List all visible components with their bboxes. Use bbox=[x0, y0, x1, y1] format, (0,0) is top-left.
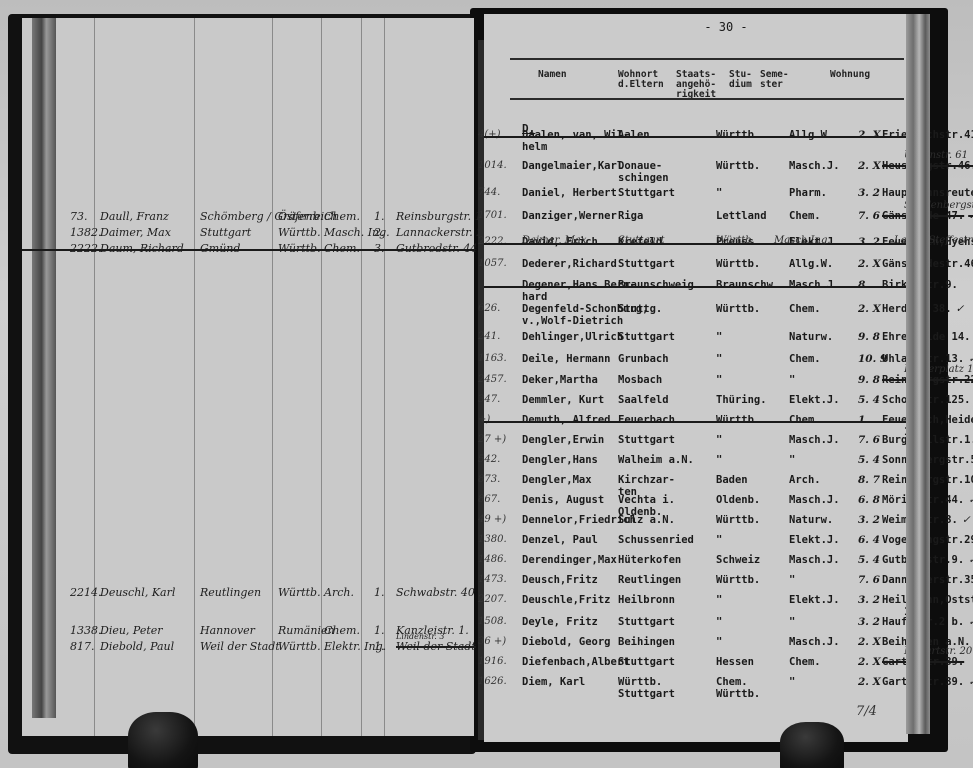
entry-number: 4(+) bbox=[478, 129, 501, 140]
table-row: 1014.Dangelmaier,KarlDonaue-Württb.Masch… bbox=[484, 160, 908, 176]
parents-residence: Grunbach bbox=[618, 353, 669, 365]
entry-number: 347. bbox=[478, 394, 500, 405]
parents-residence: Gmünd bbox=[200, 242, 240, 255]
citizenship: Württb. bbox=[716, 160, 760, 172]
field-of-study: Masch.J. bbox=[789, 160, 840, 172]
entry-number: 542. bbox=[478, 454, 500, 465]
field-of-study: Chem. bbox=[324, 624, 360, 637]
citizenship: Württb. bbox=[716, 414, 760, 426]
parents-residence-cont: schingen bbox=[618, 172, 669, 184]
field-of-study: Naturw. bbox=[789, 514, 833, 526]
field-of-study: Masch.J. bbox=[789, 636, 840, 648]
field-of-study: Arch. bbox=[324, 586, 354, 599]
student-name: Deusch,Fritz bbox=[522, 574, 598, 586]
semester: 6. 8 bbox=[858, 494, 880, 506]
entry-number: 1508. bbox=[478, 616, 507, 627]
parents-residence: Weil der Stadt bbox=[200, 640, 280, 653]
student-name: Dengler,Erwin bbox=[522, 434, 604, 446]
entry-number: 626. bbox=[478, 303, 500, 314]
student-name: Deker,Martha bbox=[522, 374, 598, 386]
citizenship: Württb. bbox=[278, 586, 321, 599]
semester: 5. 4 bbox=[858, 394, 880, 406]
entry-number: 1057. bbox=[478, 258, 507, 269]
parents-residence: Feuerbach bbox=[618, 414, 675, 426]
field-of-study: Chem. bbox=[789, 656, 821, 668]
student-name: Deuschl, Karl bbox=[100, 586, 175, 599]
citizenship: Württb. bbox=[716, 574, 760, 586]
citizenship: Chem. bbox=[716, 676, 748, 688]
student-name: Dengler,Max bbox=[522, 474, 592, 486]
entry-number: 744. bbox=[478, 187, 500, 198]
table-row: 867.Denis, AugustVechta i.Oldenb.Masch.J… bbox=[484, 494, 908, 510]
semester: 9. 8 bbox=[858, 374, 880, 386]
entry-number: 49 +) bbox=[478, 514, 506, 525]
semester: 2. X bbox=[858, 258, 881, 270]
student-name: Dehlinger,Ulrich bbox=[522, 331, 623, 343]
semester: 1. bbox=[374, 586, 385, 599]
entry-number: 1014. bbox=[478, 160, 507, 171]
semester: 1. bbox=[374, 624, 385, 637]
field-of-study: Elekt.J. bbox=[789, 534, 840, 546]
entry-number: 1626. bbox=[478, 676, 507, 687]
ledger-row: 2214.Deuschl, KarlReutlingenWürttb.Arch.… bbox=[22, 586, 474, 600]
entry-number: 1701. bbox=[478, 210, 507, 221]
entry-number: 2222. bbox=[70, 242, 102, 255]
field-of-study: " bbox=[789, 676, 795, 688]
entry-number: 1916. bbox=[478, 656, 507, 667]
semester: 3. 2 bbox=[858, 187, 880, 199]
field-of-study: " bbox=[789, 374, 795, 386]
citizenship: Württb. bbox=[716, 514, 760, 526]
table-row: 1163.Deile, HermannGrunbach"Chem.10. 9Uh… bbox=[484, 353, 908, 369]
field-of-study: Masch.J. bbox=[789, 494, 840, 506]
table-row: 27 +)Dengler,ErwinStuttgart"Masch.J.7. 6… bbox=[484, 434, 908, 450]
student-name: Diebold, Georg bbox=[522, 636, 611, 648]
semester: 3. bbox=[374, 242, 385, 255]
field-of-study: Naturw. bbox=[789, 331, 833, 343]
right-page: - 30 - Namen Wohnort d.Eltern Staats- an… bbox=[484, 14, 908, 742]
field-of-study: Chem. bbox=[789, 353, 821, 365]
table-row: 4(+)Daalen, van, Wil-AalenWürttb.Allg.W.… bbox=[484, 129, 908, 145]
semester: 3. 2 bbox=[858, 514, 880, 526]
field-of-study: " bbox=[789, 574, 795, 586]
citizenship: " bbox=[716, 187, 722, 199]
semester: 7. 6 bbox=[858, 434, 880, 446]
semester: 9. 8 bbox=[858, 331, 880, 343]
entry-number: 1382. bbox=[70, 226, 102, 239]
student-name-cont: helm bbox=[522, 141, 547, 153]
student-name: Deile, Hermann bbox=[522, 353, 611, 365]
parents-residence: Saalfeld bbox=[618, 394, 669, 406]
field-of-study: " bbox=[789, 454, 795, 466]
citizenship: Lettland bbox=[716, 210, 767, 222]
residence-address: Gutbrodstr. 44 bbox=[396, 242, 477, 255]
parents-residence: Walheim a.N. bbox=[618, 454, 694, 466]
table-row: 1473.Deusch,FritzReutlingenWürttb."7. 6D… bbox=[484, 574, 908, 590]
entry-number: 36 +) bbox=[478, 636, 506, 647]
parents-residence: Stuttgart bbox=[618, 258, 675, 270]
entry-number: 27 +) bbox=[478, 434, 506, 445]
semester: 8 bbox=[858, 279, 865, 291]
checkmark-icon: ✓ bbox=[968, 494, 973, 506]
table-row: 1486.Derendinger,MaxHüterkofenSchweizMas… bbox=[484, 554, 908, 570]
entry-number: +) bbox=[478, 414, 490, 425]
entry-number: 241. bbox=[478, 331, 500, 342]
table-row: 1057.Dederer,RichardStuttgartWürttb.Allg… bbox=[484, 258, 908, 274]
citizenship: Oldenb. bbox=[716, 494, 760, 506]
parents-residence: Vechta i. bbox=[618, 494, 675, 506]
table-row: 1626.Diem, KarlWürttb.Chem."2. XGartenst… bbox=[484, 676, 908, 692]
student-name: Demmler, Kurt bbox=[522, 394, 604, 406]
citizenship: Württb. bbox=[716, 258, 760, 270]
ledger-row: 1382.Daimer, MaxStuttgartWürttb.Masch. I… bbox=[22, 226, 474, 240]
citizenship: Württb. bbox=[716, 129, 760, 141]
parents-residence: Stuttg. bbox=[618, 303, 662, 315]
field-of-study: Arch. bbox=[789, 474, 821, 486]
student-name: Daalen, van, Wil- bbox=[522, 129, 629, 141]
student-name: Dangelmaier,Karl bbox=[522, 160, 623, 172]
residence-address: Weil der Stadt bbox=[396, 640, 476, 653]
ledger-row: 73.Daull, FranzSchömberg / Gräfenb.Öster… bbox=[22, 210, 474, 224]
semester: 1 bbox=[858, 414, 865, 426]
table-row: 1701.Danziger,WernerRigaLettlandChem.7. … bbox=[484, 210, 908, 226]
student-name: Diem, Karl bbox=[522, 676, 585, 688]
semester: 8. 7 bbox=[858, 474, 880, 486]
semester: 2. X bbox=[858, 303, 881, 315]
parents-residence: Heilbronn bbox=[618, 594, 675, 606]
parents-residence: Kirchzar- bbox=[618, 474, 675, 486]
table-row: 744.Daniel, HerbertStuttgart"Pharm.3. 2H… bbox=[484, 187, 908, 203]
address-note: Lindenstr. 3 bbox=[396, 632, 444, 641]
field-of-study: Masch.J. bbox=[789, 554, 840, 566]
table-row: 626.Degenfeld-Schonburg,Stuttg.Württb.Ch… bbox=[484, 303, 908, 319]
parents-residence-cont: Stuttgart bbox=[618, 688, 675, 700]
student-name: Daull, Franz bbox=[100, 210, 169, 223]
citizenship: " bbox=[716, 636, 722, 648]
semester: 2. X bbox=[858, 160, 881, 172]
parents-residence: Stuttgart bbox=[618, 616, 675, 628]
parents-residence: Mosbach bbox=[618, 374, 662, 386]
citizenship-cont: Württb. bbox=[716, 688, 760, 700]
parents-residence: Stuttgart bbox=[618, 331, 675, 343]
student-name: Daum, Richard bbox=[100, 242, 184, 255]
citizenship: " bbox=[716, 534, 722, 546]
semester: 7. 6 bbox=[858, 210, 880, 222]
field-of-study: Allg.W. bbox=[789, 129, 833, 141]
citizenship: Württb. bbox=[278, 242, 321, 255]
semester: 6. 4 bbox=[858, 534, 880, 546]
handwritten-origin: Stuttgart bbox=[618, 235, 665, 246]
citizenship: " bbox=[716, 331, 722, 343]
ledger-row: 2222.Daum, RichardGmündWürttb.Chem.3.Gut… bbox=[22, 242, 474, 256]
table-row: 347.Demmler, KurtSaalfeldThüring.Elekt.J… bbox=[484, 394, 908, 410]
field-of-study: " bbox=[789, 616, 795, 628]
hand-left bbox=[128, 712, 198, 768]
student-name-cont: hard bbox=[522, 291, 547, 303]
checkmark-icon: ✓ bbox=[956, 303, 965, 315]
citizenship: " bbox=[716, 434, 722, 446]
hand-right bbox=[780, 722, 844, 768]
handwritten-name: Daimer, Max bbox=[522, 235, 586, 246]
student-name: Danziger,Werner bbox=[522, 210, 617, 222]
handwritten-study: Masch.Ing. bbox=[774, 235, 831, 246]
checkmark-icon: ✓ bbox=[968, 676, 973, 688]
citizenship: Baden bbox=[716, 474, 748, 486]
residence-address: Schwabstr. 40 bbox=[396, 586, 475, 599]
student-name: Daniel, Herbert bbox=[522, 187, 617, 199]
ledger-row: 817.Diebold, PaulWeil der StadtWürttb.El… bbox=[22, 640, 474, 654]
student-name: Diefenbach,Albert bbox=[522, 656, 629, 668]
parents-residence: Aalen bbox=[618, 129, 650, 141]
field-of-study: Allg.W. bbox=[789, 258, 833, 270]
field-of-study: Elekt.J. bbox=[789, 394, 840, 406]
student-name: Derendinger,Max bbox=[522, 554, 617, 566]
field-of-study: Masch.J. bbox=[789, 279, 840, 291]
entry-number: 1163. bbox=[478, 353, 507, 364]
field-of-study: Masch.J. bbox=[789, 434, 840, 446]
semester: 2. X bbox=[858, 636, 881, 648]
field-of-study: Elekt.J. bbox=[789, 594, 840, 606]
student-name: Denzel, Paul bbox=[522, 534, 598, 546]
handwritten-row: Daimer, MaxStuttgartWürttb.Masch.Ing.Lan… bbox=[484, 235, 908, 251]
citizenship: " bbox=[716, 616, 722, 628]
field-of-study: Chem. bbox=[789, 414, 821, 426]
handwritten-citizenship: Württb. bbox=[716, 235, 755, 246]
entry-number: 73. bbox=[70, 210, 88, 223]
right-page-edge bbox=[906, 14, 930, 734]
table-row: 2207.Deuschle,FritzHeilbronn"Elekt.J.3. … bbox=[484, 594, 908, 610]
checkmark-icon: ✓ bbox=[968, 554, 973, 566]
field-of-study: Pharm. bbox=[789, 187, 827, 199]
checkmark-icon: ✓ bbox=[962, 514, 971, 526]
student-name-cont: v.,Wolf-Dietrich bbox=[522, 315, 623, 327]
semester: 2. X bbox=[858, 129, 881, 141]
table-row: 873.Dengler,MaxKirchzar-BadenArch.8. 7Re… bbox=[484, 474, 908, 490]
citizenship: " bbox=[716, 353, 722, 365]
parents-residence: Donaue- bbox=[618, 160, 662, 172]
table-row: 1380.Denzel, PaulSchussenried"Elekt.J.6.… bbox=[484, 534, 908, 550]
field-of-study: Chem. bbox=[324, 210, 360, 223]
parents-residence: Riga bbox=[618, 210, 643, 222]
entry-number: 1338. bbox=[70, 624, 102, 637]
table-row: +)Demuth, AlfredFeuerbachWürttb.Chem.1Fe… bbox=[484, 414, 908, 430]
table-row: 36 +)Diebold, GeorgBeihingen"Masch.J.2. … bbox=[484, 636, 908, 652]
citizenship: Schweiz bbox=[716, 554, 760, 566]
student-name: Dieu, Peter bbox=[100, 624, 163, 637]
field-of-study: Chem. bbox=[789, 303, 821, 315]
student-name: Deyle, Fritz bbox=[522, 616, 598, 628]
semester: 3. 2 bbox=[858, 594, 880, 606]
parents-residence: Württb. bbox=[618, 676, 662, 688]
parents-residence: Reutlingen bbox=[618, 574, 681, 586]
semester: 5. 4 bbox=[858, 554, 880, 566]
student-name: Diebold, Paul bbox=[100, 640, 174, 653]
field-of-study: Chem. bbox=[324, 242, 360, 255]
parents-residence: Braunschweig bbox=[618, 279, 694, 291]
entry-number: 1486. bbox=[478, 554, 507, 565]
parents-residence: Sulz a.N. bbox=[618, 514, 675, 526]
semester: 2. X bbox=[858, 676, 881, 688]
citizenship: Braunschw. bbox=[716, 279, 779, 291]
table-row: 241.Dehlinger,UlrichStuttgart"Naturw.9. … bbox=[484, 331, 908, 347]
student-name: Deuschle,Fritz bbox=[522, 594, 611, 606]
page-edge bbox=[32, 18, 56, 718]
checkmark-icon: ✓ bbox=[968, 616, 973, 628]
parents-residence: Schussenried bbox=[618, 534, 694, 546]
parents-residence: Reutlingen bbox=[200, 586, 261, 599]
semester: 7. 6 bbox=[858, 574, 880, 586]
parents-residence: Beihingen bbox=[618, 636, 675, 648]
citizenship: " bbox=[716, 374, 722, 386]
student-name: Dengler,Hans bbox=[522, 454, 598, 466]
citizenship: Württb. bbox=[716, 303, 760, 315]
left-page: 73.Daull, FranzSchömberg / Gräfenb.Öster… bbox=[22, 18, 474, 736]
entry-number: 2207. bbox=[478, 594, 507, 605]
table-row: Degener,Hans Bern-BraunschweigBraunschw.… bbox=[484, 279, 908, 295]
entry-number: 817. bbox=[70, 640, 95, 653]
entry-number: 1473. bbox=[478, 574, 507, 585]
archive-mark: 7/4 bbox=[856, 704, 877, 719]
semester: 3. 2 bbox=[858, 616, 880, 628]
citizenship: Württb. bbox=[278, 226, 321, 239]
parents-residence: Stuttgart bbox=[200, 226, 251, 239]
citizenship: " bbox=[716, 594, 722, 606]
student-name: Denis, August bbox=[522, 494, 604, 506]
entry-number: 867. bbox=[478, 494, 500, 505]
semester: 2. bbox=[374, 226, 385, 239]
table-row: 2457.Deker,MarthaMosbach""9. 8Reinsburgs… bbox=[484, 374, 908, 390]
parents-residence: Hannover bbox=[200, 624, 255, 637]
table-row: 1916.Diefenbach,AlbertStuttgartHessenChe… bbox=[484, 656, 908, 672]
table-row: 1508.Deyle, FritzStuttgart""3. 2Hauffstr… bbox=[484, 616, 908, 632]
checkmark-icon: ✓ bbox=[968, 210, 973, 222]
semester: 1. bbox=[374, 640, 385, 653]
semester: 1. bbox=[374, 210, 385, 223]
entry-number: 873. bbox=[478, 474, 500, 485]
citizenship: Thüring. bbox=[716, 394, 767, 406]
parents-residence: Stuttgart bbox=[618, 656, 675, 668]
parents-residence: Stuttgart bbox=[618, 434, 675, 446]
entry-number: 1380. bbox=[478, 534, 507, 545]
table-row: 542.Dengler,HansWalheim a.N.""5. 4Sonnen… bbox=[484, 454, 908, 470]
field-of-study: Chem. bbox=[789, 210, 821, 222]
semester: 2. X bbox=[858, 656, 881, 668]
student-name: Daimer, Max bbox=[100, 226, 171, 239]
citizenship: " bbox=[716, 454, 722, 466]
table-row: 49 +)Dennelor,FriedrichSulz a.N.Württb.N… bbox=[484, 514, 908, 530]
citizenship: Hessen bbox=[716, 656, 754, 668]
parents-residence: Stuttgart bbox=[618, 187, 675, 199]
entry-number: 2214. bbox=[70, 586, 102, 599]
citizenship: Württb. bbox=[278, 640, 321, 653]
entry-number: 2457. bbox=[478, 374, 507, 385]
parents-residence: Hüterkofen bbox=[618, 554, 681, 566]
student-name: Dederer,Richard bbox=[522, 258, 617, 270]
semester: 5. 4 bbox=[858, 454, 880, 466]
student-name: Demuth, Alfred bbox=[522, 414, 611, 426]
